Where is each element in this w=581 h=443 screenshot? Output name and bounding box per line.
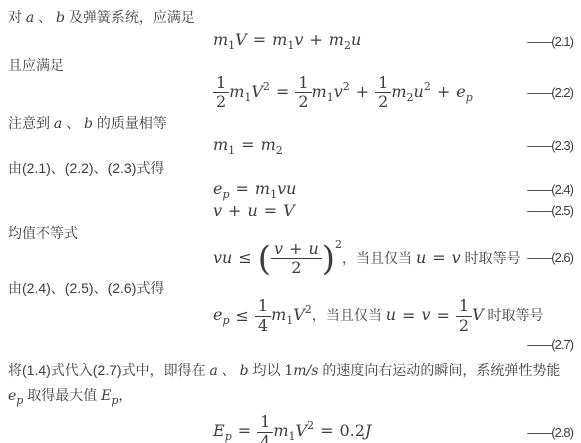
equation-row-2-2: 12m1V2=12m1v2+12m2u2+ep ——(2.2): [8, 74, 573, 112]
equation-row-2-6: vu≤(v+u2)2，当且仅当 u=v 时取等号 ——(2.6): [8, 238, 573, 278]
equation-number-2-4: ——(2.4): [527, 182, 573, 197]
equation-2-3-mass-equality: m1=m2: [213, 135, 527, 157]
equation-number-2-3: ——(2.3): [527, 138, 573, 153]
equation-2-5-velocity-sum: v+u=V: [213, 201, 527, 221]
equation-row-2-1: m1V=m1v+m2u ——(2.1): [8, 30, 573, 52]
physics-derivation-document: 对 a 、 b 及弹簧系统，应满足 m1V=m1v+m2u ——(2.1) 且应…: [0, 0, 581, 443]
equation-row-2-8: Ep=14m1V2=0.2J ——(2.8): [8, 413, 573, 443]
equation-2-2-energy: 12m1V2=12m1v2+12m2u2+ep: [213, 74, 527, 112]
paragraph-from-2-1-2-2-2-3: 由(2.1)、(2.2)、(2.3)式得: [8, 159, 573, 177]
paragraph-equal-masses: 注意到 a 、 b 的质量相等: [8, 114, 573, 133]
equation-row-2-4: ep=m1vu ——(2.4): [8, 179, 573, 201]
equation-2-7-max-potential-bound: ep≤14m1V2，当且仅当 u=v=12V 时取等号: [213, 297, 573, 335]
paragraph-from-2-4-2-5-2-6: 由(2.4)、(2.5)、(2.6)式得: [8, 279, 573, 297]
equation-2-6-inequality: vu≤(v+u2)2，当且仅当 u=v 时取等号: [213, 238, 527, 278]
equation-2-1-momentum: m1V=m1v+m2u: [213, 30, 527, 52]
equation-row-2-5: v+u=V ——(2.5): [8, 201, 573, 221]
equation-number-2-1: ——(2.1): [527, 34, 573, 49]
paragraph-spring-system-condition: 对 a 、 b 及弹簧系统，应满足: [8, 8, 573, 27]
equation-row-2-7: ep≤14m1V2，当且仅当 u=v=12V 时取等号: [8, 297, 573, 335]
equation-row-2-3: m1=m2 ——(2.3): [8, 135, 573, 157]
equation-number-row-2-7: ——(2.7): [8, 337, 573, 352]
equation-number-2-6: ——(2.6): [527, 250, 573, 265]
equation-2-8-max-potential-value: Ep=14m1V2=0.2J: [213, 413, 527, 443]
paragraph-conclusion: 将(1.4)式代入(2.7)式中，即得在 a 、 b 均以 1m/s 的速度向右…: [8, 358, 573, 413]
paragraph-also-satisfy: 且应满足: [8, 56, 573, 74]
equation-number-2-2: ——(2.2): [527, 85, 573, 100]
equation-number-2-5: ——(2.5): [527, 203, 573, 218]
equation-number-2-8: ——(2.8): [527, 425, 573, 440]
equation-2-4-potential: ep=m1vu: [213, 179, 527, 201]
equation-number-2-7: ——(2.7): [527, 337, 573, 352]
